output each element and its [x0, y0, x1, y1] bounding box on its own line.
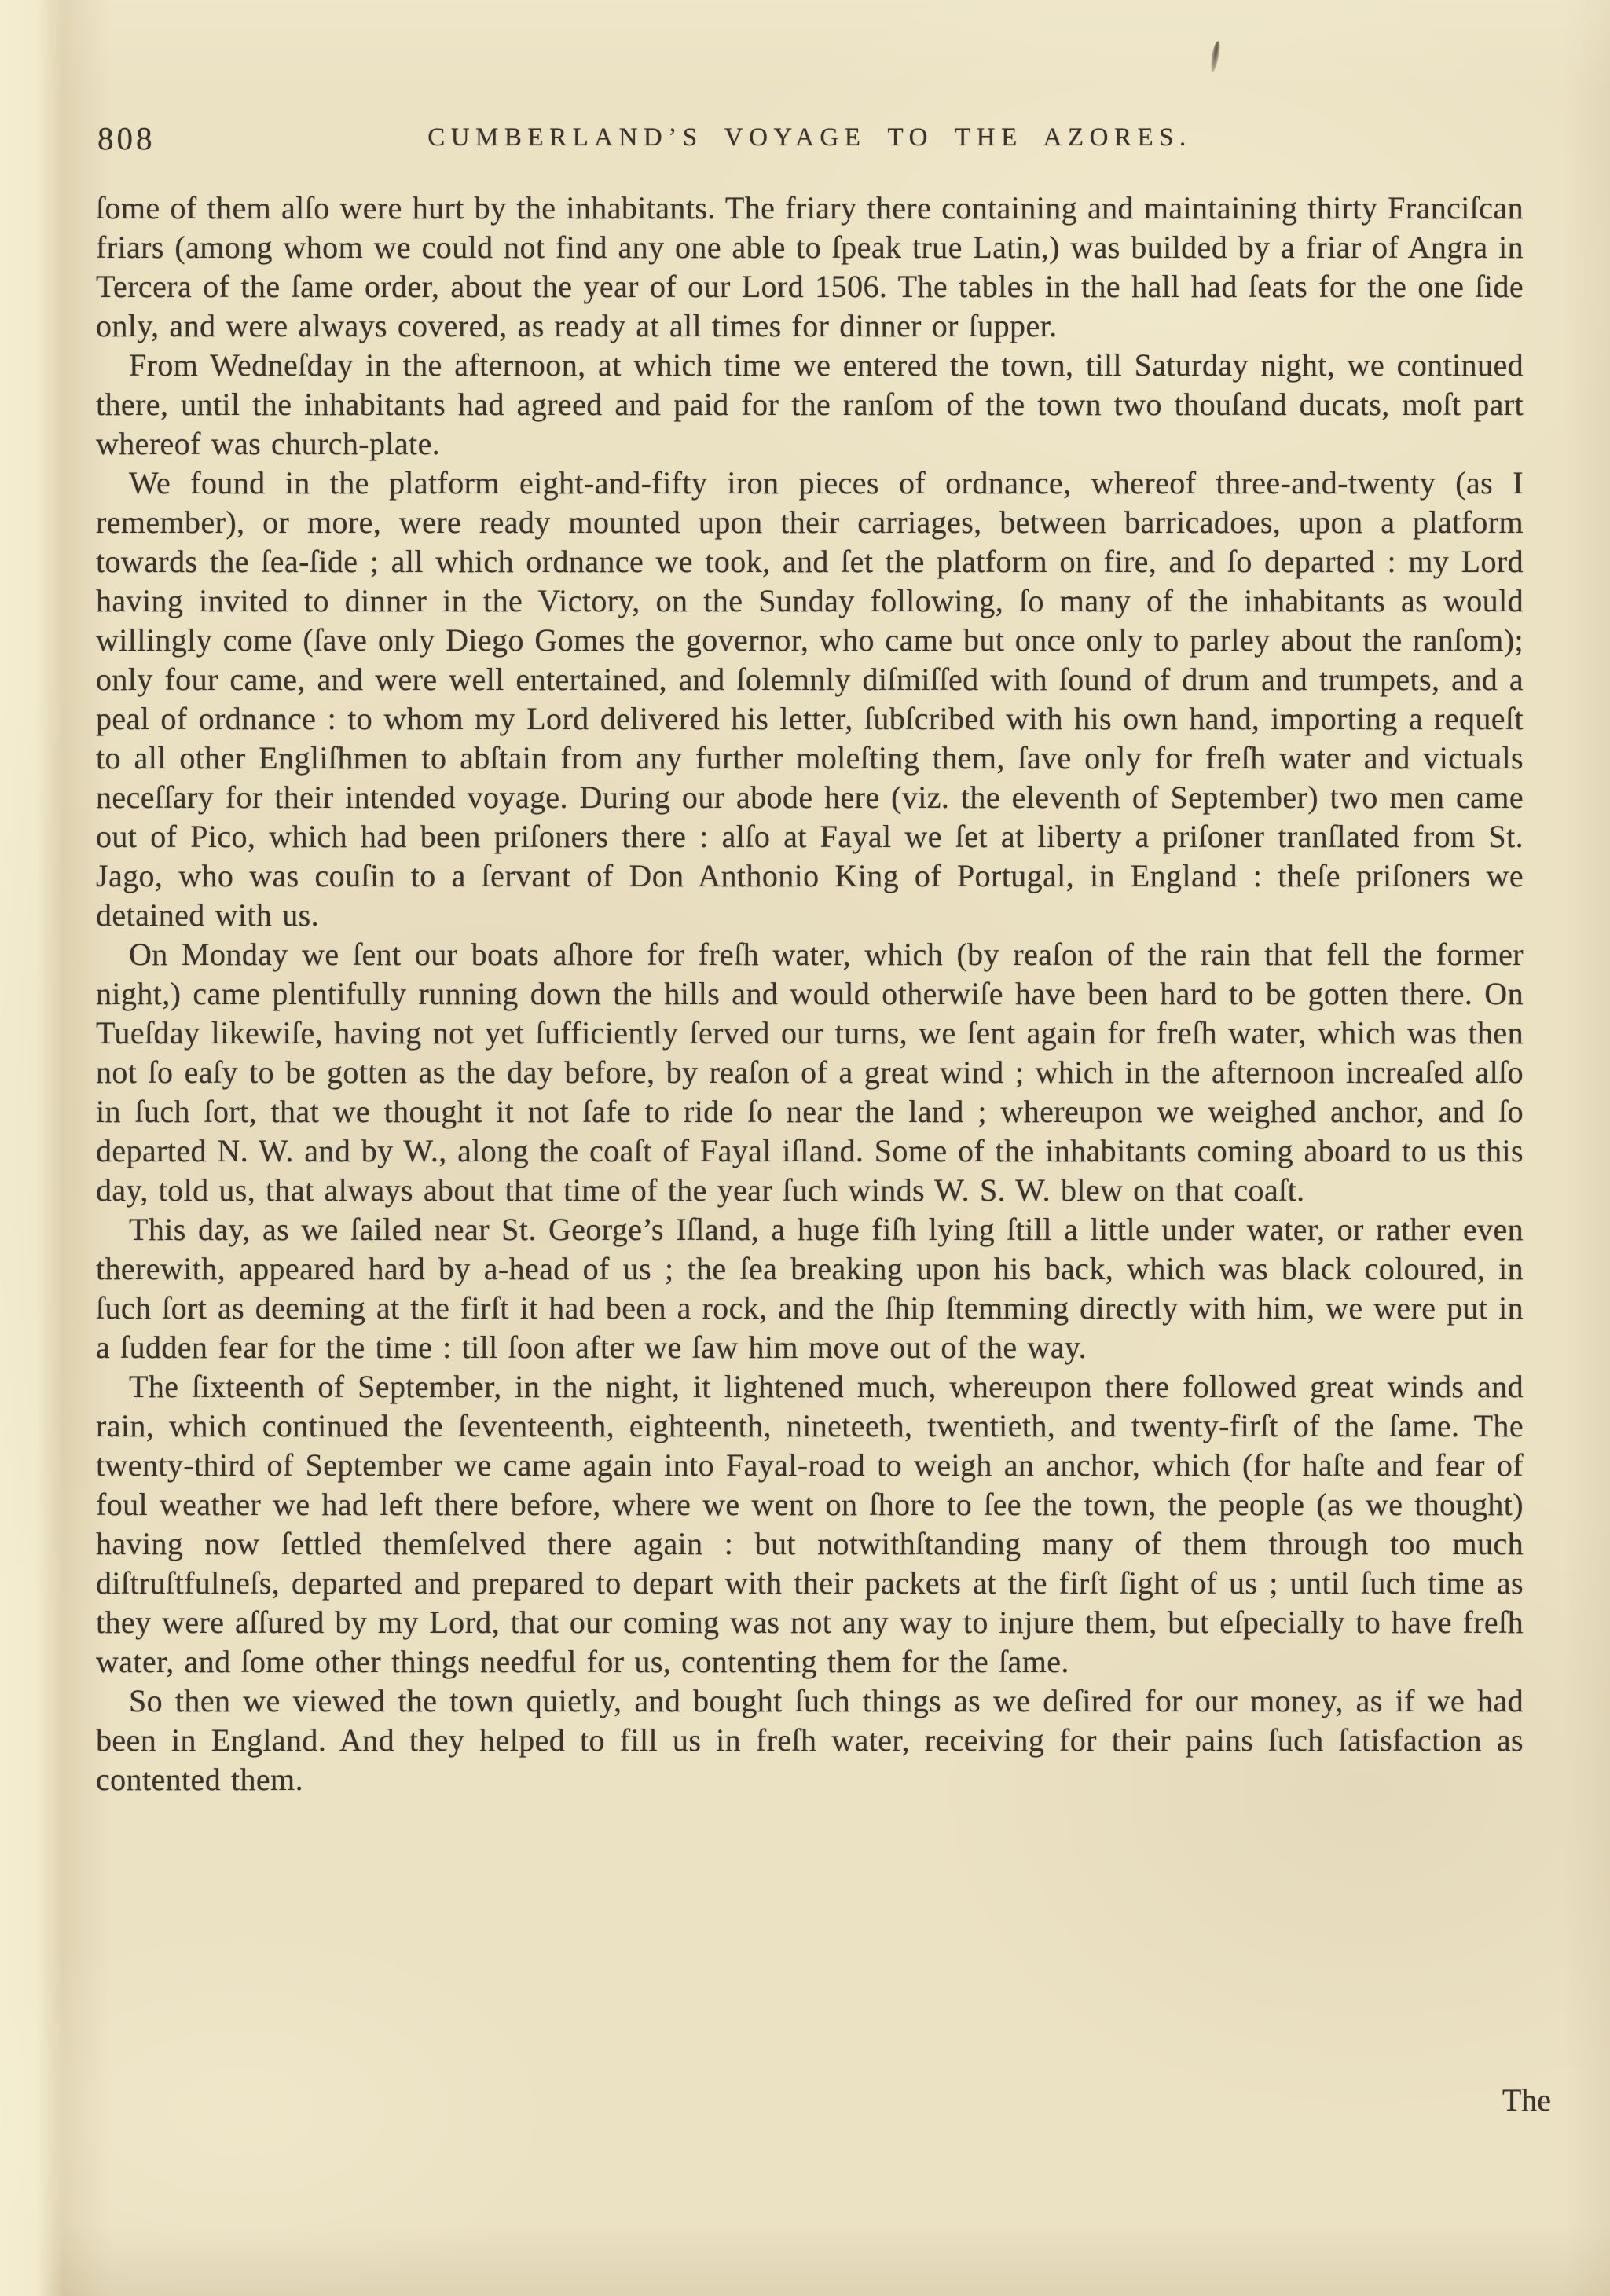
paragraph: On Monday we ſent our boats aſhore for f… — [96, 935, 1524, 1210]
page-header: 808 CUMBERLAND’S VOYAGE TO THE AZORES. — [96, 118, 1524, 165]
paragraph: From Wedneſday in the afternoon, at whic… — [96, 346, 1524, 464]
text-block: ſome of them alſo were hurt by the inhab… — [96, 189, 1524, 1799]
paragraph: This day, as we ſailed near St. George’s… — [96, 1210, 1524, 1367]
catchword-row: The — [96, 2081, 1551, 2120]
paragraph: So then we viewed the town quietly, and … — [96, 1682, 1524, 1799]
paragraph: The ſixteenth of September, in the night… — [96, 1367, 1524, 1682]
catchword: The — [1502, 2082, 1551, 2118]
book-page: 808 CUMBERLAND’S VOYAGE TO THE AZORES. ſ… — [0, 0, 1610, 2296]
paragraph: ſome of them alſo were hurt by the inhab… — [96, 189, 1524, 346]
ink-smudge — [1209, 41, 1221, 73]
running-title: CUMBERLAND’S VOYAGE TO THE AZORES. — [96, 123, 1524, 152]
paragraph: We found in the platform eight-and-fifty… — [96, 464, 1524, 935]
